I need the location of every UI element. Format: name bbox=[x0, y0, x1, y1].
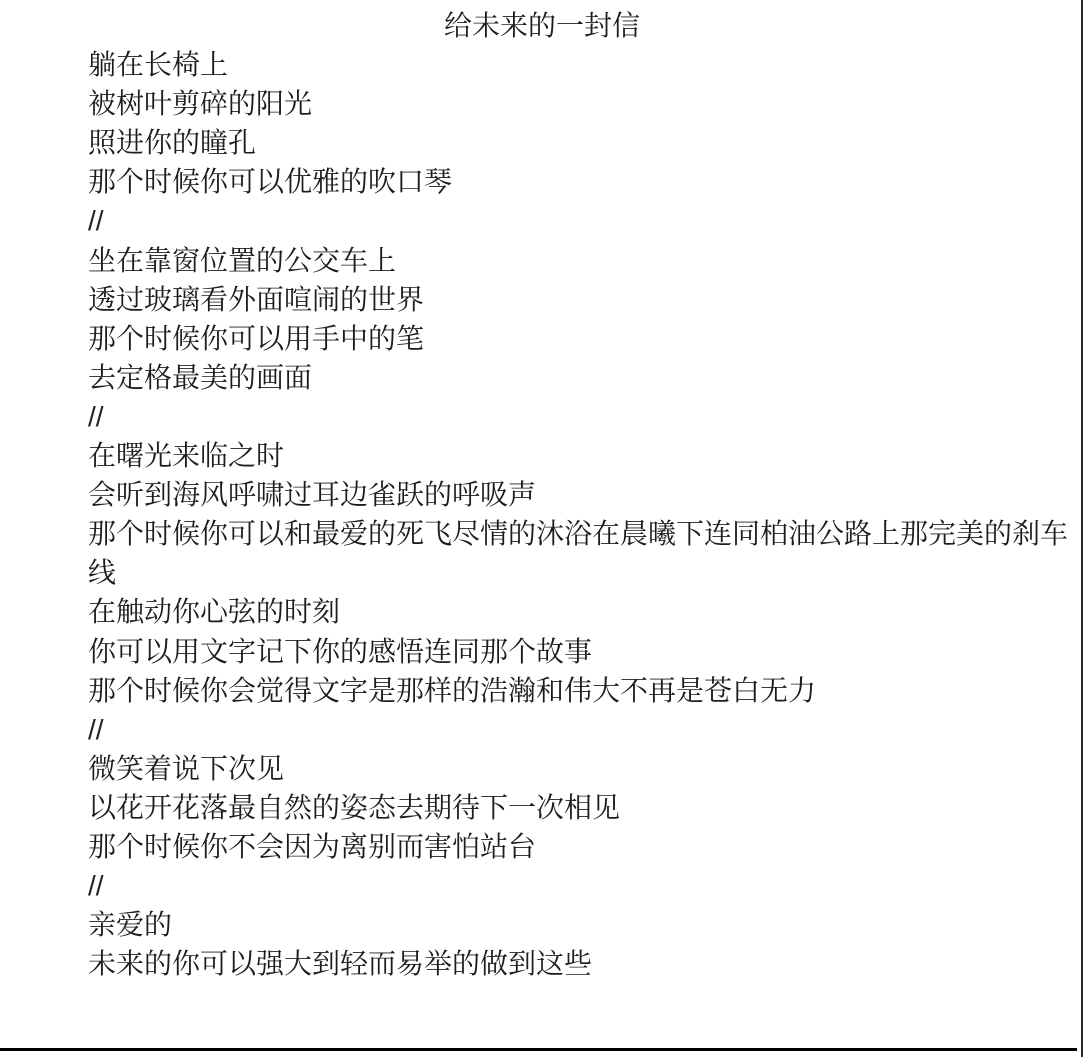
poem-line: 你可以用文字记下你的感悟连同那个故事 bbox=[88, 632, 1054, 671]
page-title: 给未来的一封信 bbox=[0, 6, 1084, 45]
poem-line: 那个时候你会觉得文字是那样的浩瀚和伟大不再是苍白无力 bbox=[88, 671, 1054, 710]
poem-line: 会听到海风呼啸过耳边雀跃的呼吸声 bbox=[88, 475, 1054, 514]
right-border-rule bbox=[1081, 0, 1083, 1057]
poem-line: 被树叶剪碎的阳光 bbox=[88, 84, 1054, 123]
stanza-separator: // bbox=[88, 397, 1054, 436]
poem-line: 以花开花落最自然的姿态去期待下一次相见 bbox=[88, 788, 1054, 827]
poem-line: 那个时候你不会因为离别而害怕站台 bbox=[88, 827, 1054, 866]
poem-line: 那个时候你可以用手中的笔 bbox=[88, 319, 1054, 358]
poem-line-wrap-continuation: 线 bbox=[88, 553, 1054, 592]
stanza-separator: // bbox=[88, 201, 1054, 240]
poem-line: 那个时候你可以和最爱的死飞尽情的沐浴在晨曦下连同柏油公路上那完美的刹车 bbox=[88, 514, 1054, 553]
poem-line: 在触动你心弦的时刻 bbox=[88, 592, 1054, 631]
poem-line: 去定格最美的画面 bbox=[88, 358, 1054, 397]
poem-line: 那个时候你可以优雅的吹口琴 bbox=[88, 162, 1054, 201]
poem-line: 亲爱的 bbox=[88, 905, 1054, 944]
poem-line: 在曙光来临之时 bbox=[88, 436, 1054, 475]
poem-line: 躺在长椅上 bbox=[88, 45, 1054, 84]
letter-document: 给未来的一封信 躺在长椅上 被树叶剪碎的阳光 照进你的瞳孔 那个时候你可以优雅的… bbox=[0, 6, 1084, 983]
poem-line: 透过玻璃看外面喧闹的世界 bbox=[88, 280, 1054, 319]
poem-line: 微笑着说下次见 bbox=[88, 749, 1054, 788]
poem-line: 照进你的瞳孔 bbox=[88, 123, 1054, 162]
poem-line: 未来的你可以强大到轻而易举的做到这些 bbox=[88, 944, 1054, 983]
horizontal-rule bbox=[0, 1048, 1077, 1051]
stanza-separator: // bbox=[88, 710, 1054, 749]
stanza-separator: // bbox=[88, 866, 1054, 905]
poem-line: 坐在靠窗位置的公交车上 bbox=[88, 241, 1054, 280]
